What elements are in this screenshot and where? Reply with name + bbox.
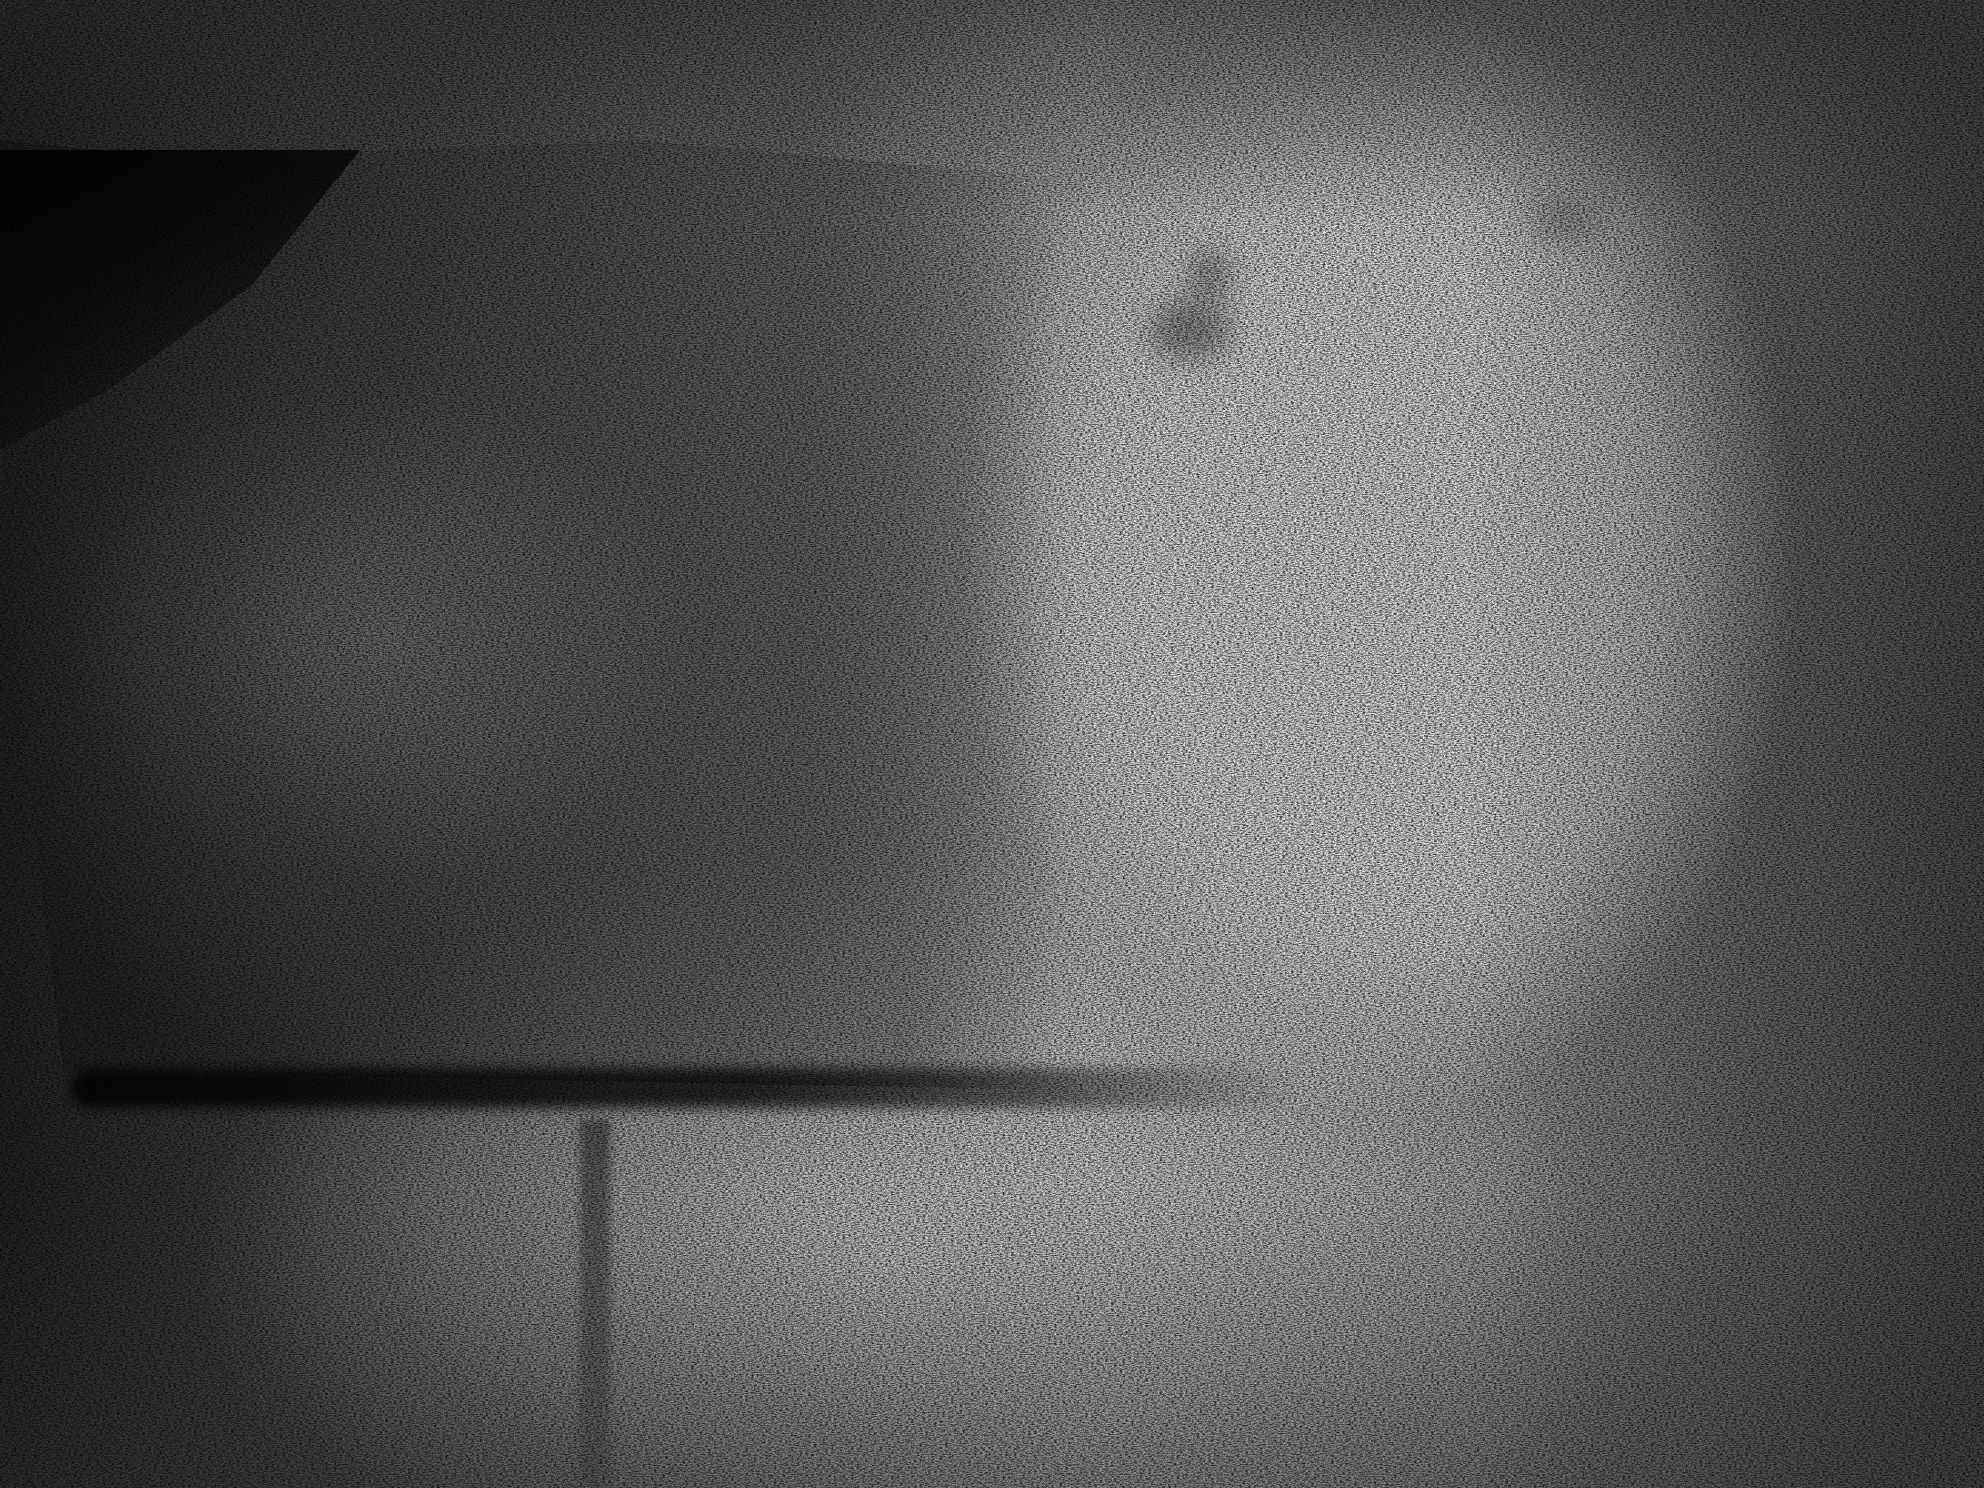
grunge-texture-canvas xyxy=(0,0,1984,1488)
fine-grain-layer xyxy=(0,0,1984,1488)
